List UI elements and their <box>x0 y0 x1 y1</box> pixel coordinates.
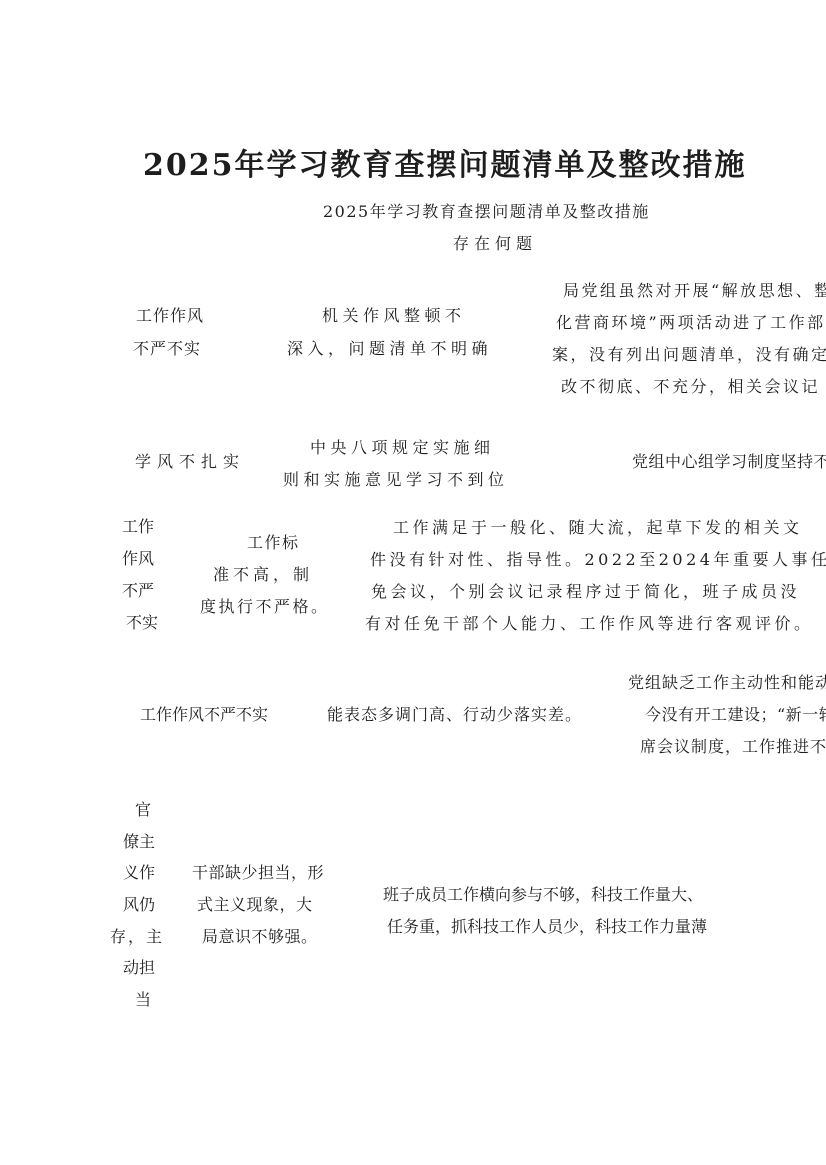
row2-problem-line1: 中央八项规定实施细 <box>310 438 495 458</box>
row1-detail-line4: 改不彻底、不充分，相关会议记 <box>561 377 820 397</box>
row1-problem-line1: 机关作风整顿不 <box>322 306 466 326</box>
row3-problem-line3: 度执行不严格。 <box>200 597 330 617</box>
row1-problem-line2: 深入，问题清单不明确 <box>287 339 492 359</box>
row3-detail-line4: 有对任免干部个人能力、工作作风等进行客观评价。 <box>365 614 814 634</box>
row4-detail-line2: 今没有开工建设；“新一轮 <box>645 705 826 725</box>
row1-category-line2: 不严不实 <box>133 339 201 359</box>
row3-category-line4: 不实 <box>126 613 158 633</box>
row3-detail-line1: 工作满足于一般化、随大流，起草下发的相关文 <box>393 518 803 538</box>
row3-category-line1: 工作 <box>122 517 154 537</box>
doc-title: 2025年学习教育查摆问题清单及整改措施 <box>143 148 747 184</box>
row4-detail-line3: 席会议制度，工作推进不 <box>640 737 826 757</box>
row4-category-line1: 工作作风不严不实 <box>140 705 268 725</box>
row3-category-line2: 作风 <box>122 549 154 569</box>
row5-detail-line2: 任务重，抓科技工作人员少，科技工作力量薄 <box>387 917 707 937</box>
doc-subtitle: 2025年学习教育查摆问题清单及整改措施 <box>323 202 650 222</box>
row5-category-line1: 官 <box>135 800 151 820</box>
row3-category-line3: 不严 <box>122 581 154 601</box>
row5-category-line3: 义作 <box>123 863 155 883</box>
row5-category-line7: 当 <box>135 990 151 1010</box>
row4-detail-line1: 党组缺乏工作主动性和能动 <box>628 673 826 693</box>
row5-detail-line1: 班子成员工作横向参与不够，科技工作量大、 <box>383 885 703 905</box>
row5-problem-line2: 式主义现象，大 <box>197 895 313 915</box>
row3-problem-line1: 工作标 <box>247 533 300 553</box>
row3-problem-line2: 准不高，制 <box>213 565 313 585</box>
row1-category-line1: 工作作风 <box>136 306 204 326</box>
row3-detail-line3: 免会议，个别会议记录程序过于简化，班子成员没 <box>371 582 800 602</box>
row5-category-line2: 僚主 <box>123 832 155 852</box>
row2-problem-line2: 则和实施意见学习不到位 <box>283 470 509 490</box>
row5-problem-line1: 干部缺少担当，形 <box>192 863 324 883</box>
document-page: 2025年学习教育查摆问题清单及整改措施 2025年学习教育查摆问题清单及整改措… <box>0 0 826 1165</box>
row1-detail-line1: 局党组虽然对开展“解放思想、整 <box>563 281 826 301</box>
row4-problem-line1: 能表态多调门高、行动少落实差。 <box>327 705 582 725</box>
row3-detail-line2: 件没有针对性、指导性。2022至2024年重要人事任 <box>370 550 826 570</box>
section-heading: 存在何题 <box>453 234 537 254</box>
row5-category-line5: 存，主 <box>110 927 164 947</box>
row5-problem-line3: 局意识不够强。 <box>202 927 318 947</box>
row2-category-line1: 学风不扎实 <box>135 452 245 472</box>
row2-detail-line1: 党组中心组学习制度坚持不 <box>632 452 826 472</box>
row1-detail-line3: 案，没有列出问题清单，没有确定 <box>552 345 826 365</box>
row1-detail-line2: 化营商环境”两项活动进了工作部 <box>556 313 826 333</box>
row5-category-line4: 风仍 <box>123 895 155 915</box>
row5-category-line6: 动担 <box>123 958 155 978</box>
